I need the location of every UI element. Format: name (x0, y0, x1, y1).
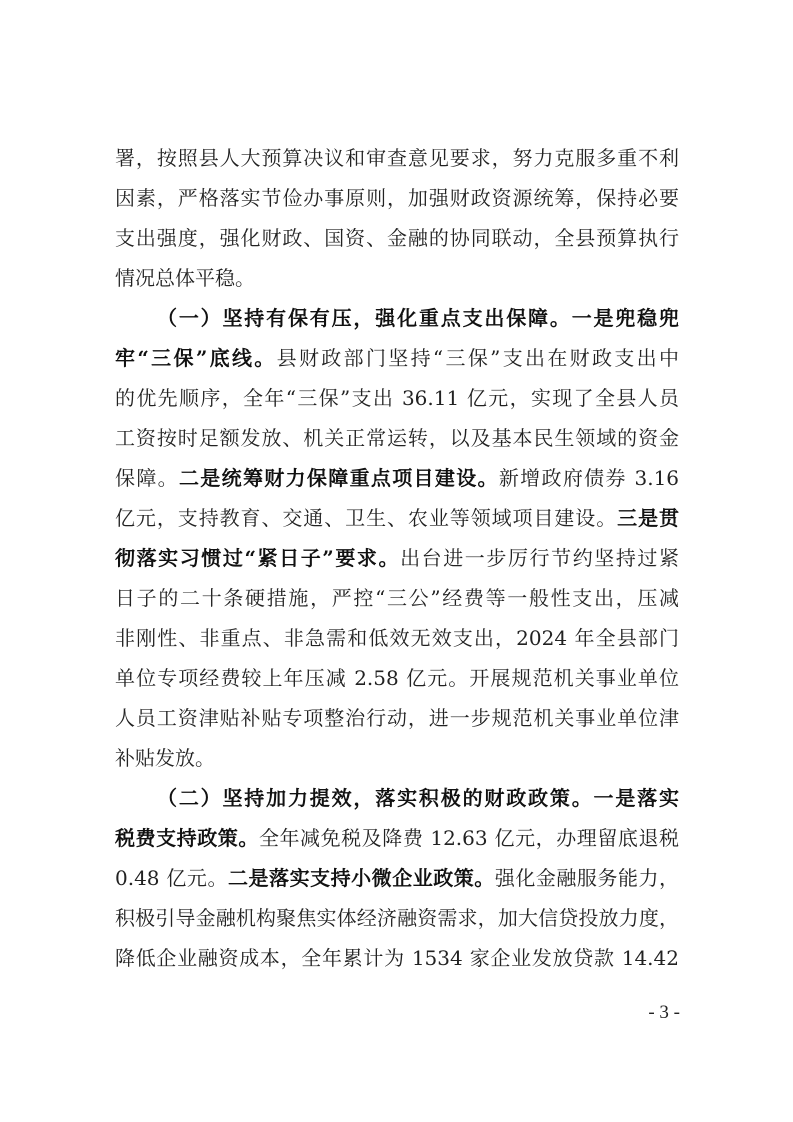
text-line: 0.48 亿元。二是落实支持小微企业政策。强化金融服务能力， (115, 858, 679, 898)
body-phrase: 降低企业融资成本，全年累计为 1534 家企业发放贷款 14.42 (115, 946, 679, 970)
bold-lead-phrase: 税费支持政策。 (115, 826, 259, 850)
text-line: 情况总体平稳。 (115, 258, 679, 298)
body-phrase: 保障。 (115, 466, 179, 490)
text-line: 积极引导金融机构聚焦实体经济融资需求，加大信贷投放力度， (115, 898, 679, 938)
body-phrase: 新增政府债券 3.16 (499, 466, 679, 490)
text-line: 的优先顺序，全年“三保”支出 36.11 亿元，实现了全县人员 (115, 378, 679, 418)
page-number: - 3 - (620, 1000, 680, 1026)
body-phrase: 支出强度，强化财政、国资、金融的协同联动，全县预算执行 (115, 226, 679, 250)
body-phrase: 工资按时足额发放、机关正常运转，以及基本民生领域的资金 (115, 426, 679, 450)
bold-lead-phrase: 二是统筹财力保障重点项目建设。 (179, 466, 499, 490)
text-line: 亿元，支持教育、交通、卫生、农业等领域项目建设。三是贯 (115, 498, 679, 538)
body-phrase: 0.48 亿元。 (115, 866, 228, 890)
text-line: 因素，严格落实节俭办事原则，加强财政资源统筹，保持必要 (115, 178, 679, 218)
body-phrase: 补贴发放。 (115, 746, 215, 770)
body-phrase: 因素，严格落实节俭办事原则，加强财政资源统筹，保持必要 (115, 186, 679, 210)
body-text: 署，按照县人大预算决议和审查意见要求，努力克服多重不利因素，严格落实节俭办事原则… (115, 138, 679, 978)
body-phrase: 亿元，支持教育、交通、卫生、农业等领域项目建设。 (115, 506, 617, 530)
bold-lead-phrase: 二是落实支持小微企业政策。 (228, 866, 495, 890)
text-line: 非刚性、非重点、非急需和低效无效支出，2024 年全县部门 (115, 618, 679, 658)
body-phrase: 全年减免税及降费 12.63 亿元，办理留底退税 (259, 826, 679, 850)
bold-lead-phrase: 三是贯 (617, 506, 679, 530)
text-line: 牢“三保”底线。县财政部门坚持“三保”支出在财政支出中 (115, 338, 679, 378)
bold-lead-phrase: 牢“三保”底线。 (115, 346, 277, 370)
text-line: 降低企业融资成本，全年累计为 1534 家企业发放贷款 14.42 (115, 938, 679, 978)
body-phrase: 人员工资津贴补贴专项整治行动，进一步规范机关事业单位津 (115, 706, 679, 730)
body-phrase: 强化金融服务能力， (495, 866, 679, 890)
bold-lead-phrase: 彻落实习惯过“紧日子”要求。 (115, 546, 400, 570)
text-line: 工资按时足额发放、机关正常运转，以及基本民生领域的资金 (115, 418, 679, 458)
text-line: 署，按照县人大预算决议和审查意见要求，努力克服多重不利 (115, 138, 679, 178)
text-line: 日子的二十条硬措施，严控“三公”经费等一般性支出，压减 (115, 578, 679, 618)
bold-lead-phrase: （二）坚持加力提效，落实积极的财政政策。一是落实 (157, 786, 679, 810)
body-phrase: 情况总体平稳。 (115, 266, 255, 290)
body-phrase: 县财政部门坚持“三保”支出在财政支出中 (277, 346, 679, 370)
body-phrase: 署，按照县人大预算决议和审查意见要求，努力克服多重不利 (115, 146, 679, 170)
body-phrase: 单位专项经费较上年压减 2.58 亿元。开展规范机关事业单位 (115, 666, 679, 690)
body-phrase: 积极引导金融机构聚焦实体经济融资需求，加大信贷投放力度， (115, 906, 679, 930)
body-phrase: 非刚性、非重点、非急需和低效无效支出，2024 年全县部门 (115, 626, 679, 650)
text-line: 人员工资津贴补贴专项整治行动，进一步规范机关事业单位津 (115, 698, 679, 738)
bold-lead-phrase: （一）坚持有保有压，强化重点支出保障。一是兜稳兜 (157, 306, 679, 330)
section-heading-line: （二）坚持加力提效，落实积极的财政政策。一是落实 (115, 778, 679, 818)
body-phrase: 的优先顺序，全年“三保”支出 36.11 亿元，实现了全县人员 (115, 386, 679, 410)
text-line: 税费支持政策。全年减免税及降费 12.63 亿元，办理留底退税 (115, 818, 679, 858)
document-page: 署，按照县人大预算决议和审查意见要求，努力克服多重不利因素，严格落实节俭办事原则… (0, 0, 793, 1122)
text-line: 支出强度，强化财政、国资、金融的协同联动，全县预算执行 (115, 218, 679, 258)
section-heading-line: （一）坚持有保有压，强化重点支出保障。一是兜稳兜 (115, 298, 679, 338)
text-line: 单位专项经费较上年压减 2.58 亿元。开展规范机关事业单位 (115, 658, 679, 698)
text-line: 彻落实习惯过“紧日子”要求。出台进一步厉行节约坚持过紧 (115, 538, 679, 578)
body-phrase: 日子的二十条硬措施，严控“三公”经费等一般性支出，压减 (115, 586, 679, 610)
body-phrase: 出台进一步厉行节约坚持过紧 (400, 546, 679, 570)
text-line: 补贴发放。 (115, 738, 679, 778)
text-line: 保障。二是统筹财力保障重点项目建设。新增政府债券 3.16 (115, 458, 679, 498)
